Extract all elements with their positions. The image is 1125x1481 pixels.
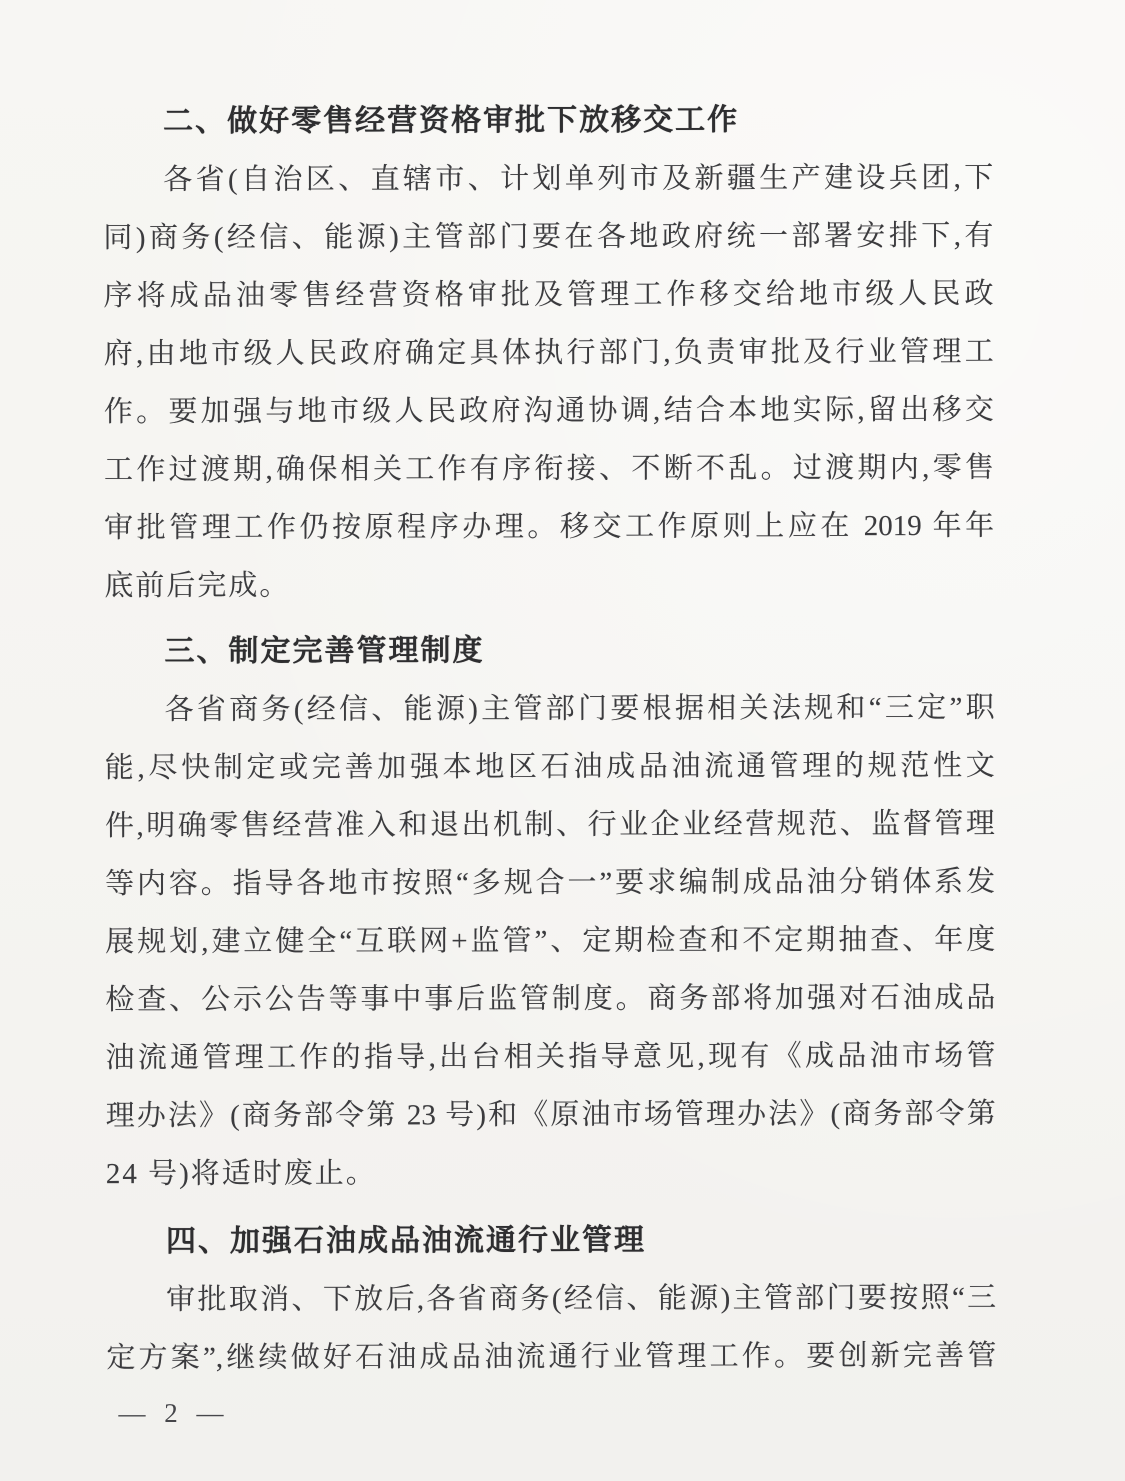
body-line: 24 号)将适时废止。 <box>106 1143 996 1203</box>
body-line: 底前后完成。 <box>104 555 994 615</box>
body-line: 府,由地市级人民政府确定具体执行部门,负责审批及行业管理工 <box>104 323 994 383</box>
body-line: 审批取消、下放后,各省商务(经信、能源)主管部门要按照“三 <box>106 1269 996 1329</box>
document-page: 二、做好零售经营资格审批下放移交工作 各省(自治区、直辖市、计划单列市及新疆生产… <box>0 0 1125 1481</box>
body-line: 各省商务(经信、能源)主管部门要根据相关法规和“三定”职 <box>105 679 995 739</box>
body-line: 同)商务(经信、能源)主管部门要在各地政府统一部署安排下,有 <box>103 207 993 267</box>
body-line: 油流通管理工作的指导,出台相关指导意见,现有《成品油市场管 <box>105 1027 995 1087</box>
page-number: — 2 — <box>106 1391 996 1433</box>
body-line: 审批管理工作仍按原程序办理。移交工作原则上应在 2019 年年 <box>104 497 994 557</box>
body-line: 等内容。指导各地市按照“多规合一”要求编制成品油分销体系发 <box>105 853 995 913</box>
body-line: 件,明确零售经营准入和退出机制、行业企业经营规范、监督管理 <box>105 795 995 855</box>
body-line: 作。要加强与地市级人民政府沟通协调,结合本地实际,留出移交 <box>104 381 994 441</box>
section-3-heading: 三、制定完善管理制度 <box>104 621 994 681</box>
body-line: 能,尽快制定或完善加强本地区石油成品油流通管理的规范性文 <box>105 737 995 797</box>
body-line: 定方案”,继续做好石油成品油流通行业管理工作。要创新完善管 <box>106 1327 996 1387</box>
body-line: 展规划,建立健全“互联网+监管”、定期检查和不定期抽查、年度 <box>105 911 995 971</box>
body-line: 序将成品油零售经营资格审批及管理工作移交给地市级人民政 <box>103 265 993 325</box>
body-line: 工作过渡期,确保相关工作有序衔接、不断不乱。过渡期内,零售 <box>104 439 994 499</box>
body-line: 检查、公示公告等事中事后监管制度。商务部将加强对石油成品 <box>105 969 995 1029</box>
section-2-heading: 二、做好零售经营资格审批下放移交工作 <box>103 91 993 151</box>
document-content: 二、做好零售经营资格审批下放移交工作 各省(自治区、直辖市、计划单列市及新疆生产… <box>103 91 997 1433</box>
section-4-heading: 四、加强石油成品油流通行业管理 <box>106 1211 996 1271</box>
body-line: 理办法》(商务部令第 23 号)和《原油市场管理办法》(商务部令第 <box>106 1085 996 1145</box>
body-line: 各省(自治区、直辖市、计划单列市及新疆生产建设兵团,下 <box>103 149 993 209</box>
